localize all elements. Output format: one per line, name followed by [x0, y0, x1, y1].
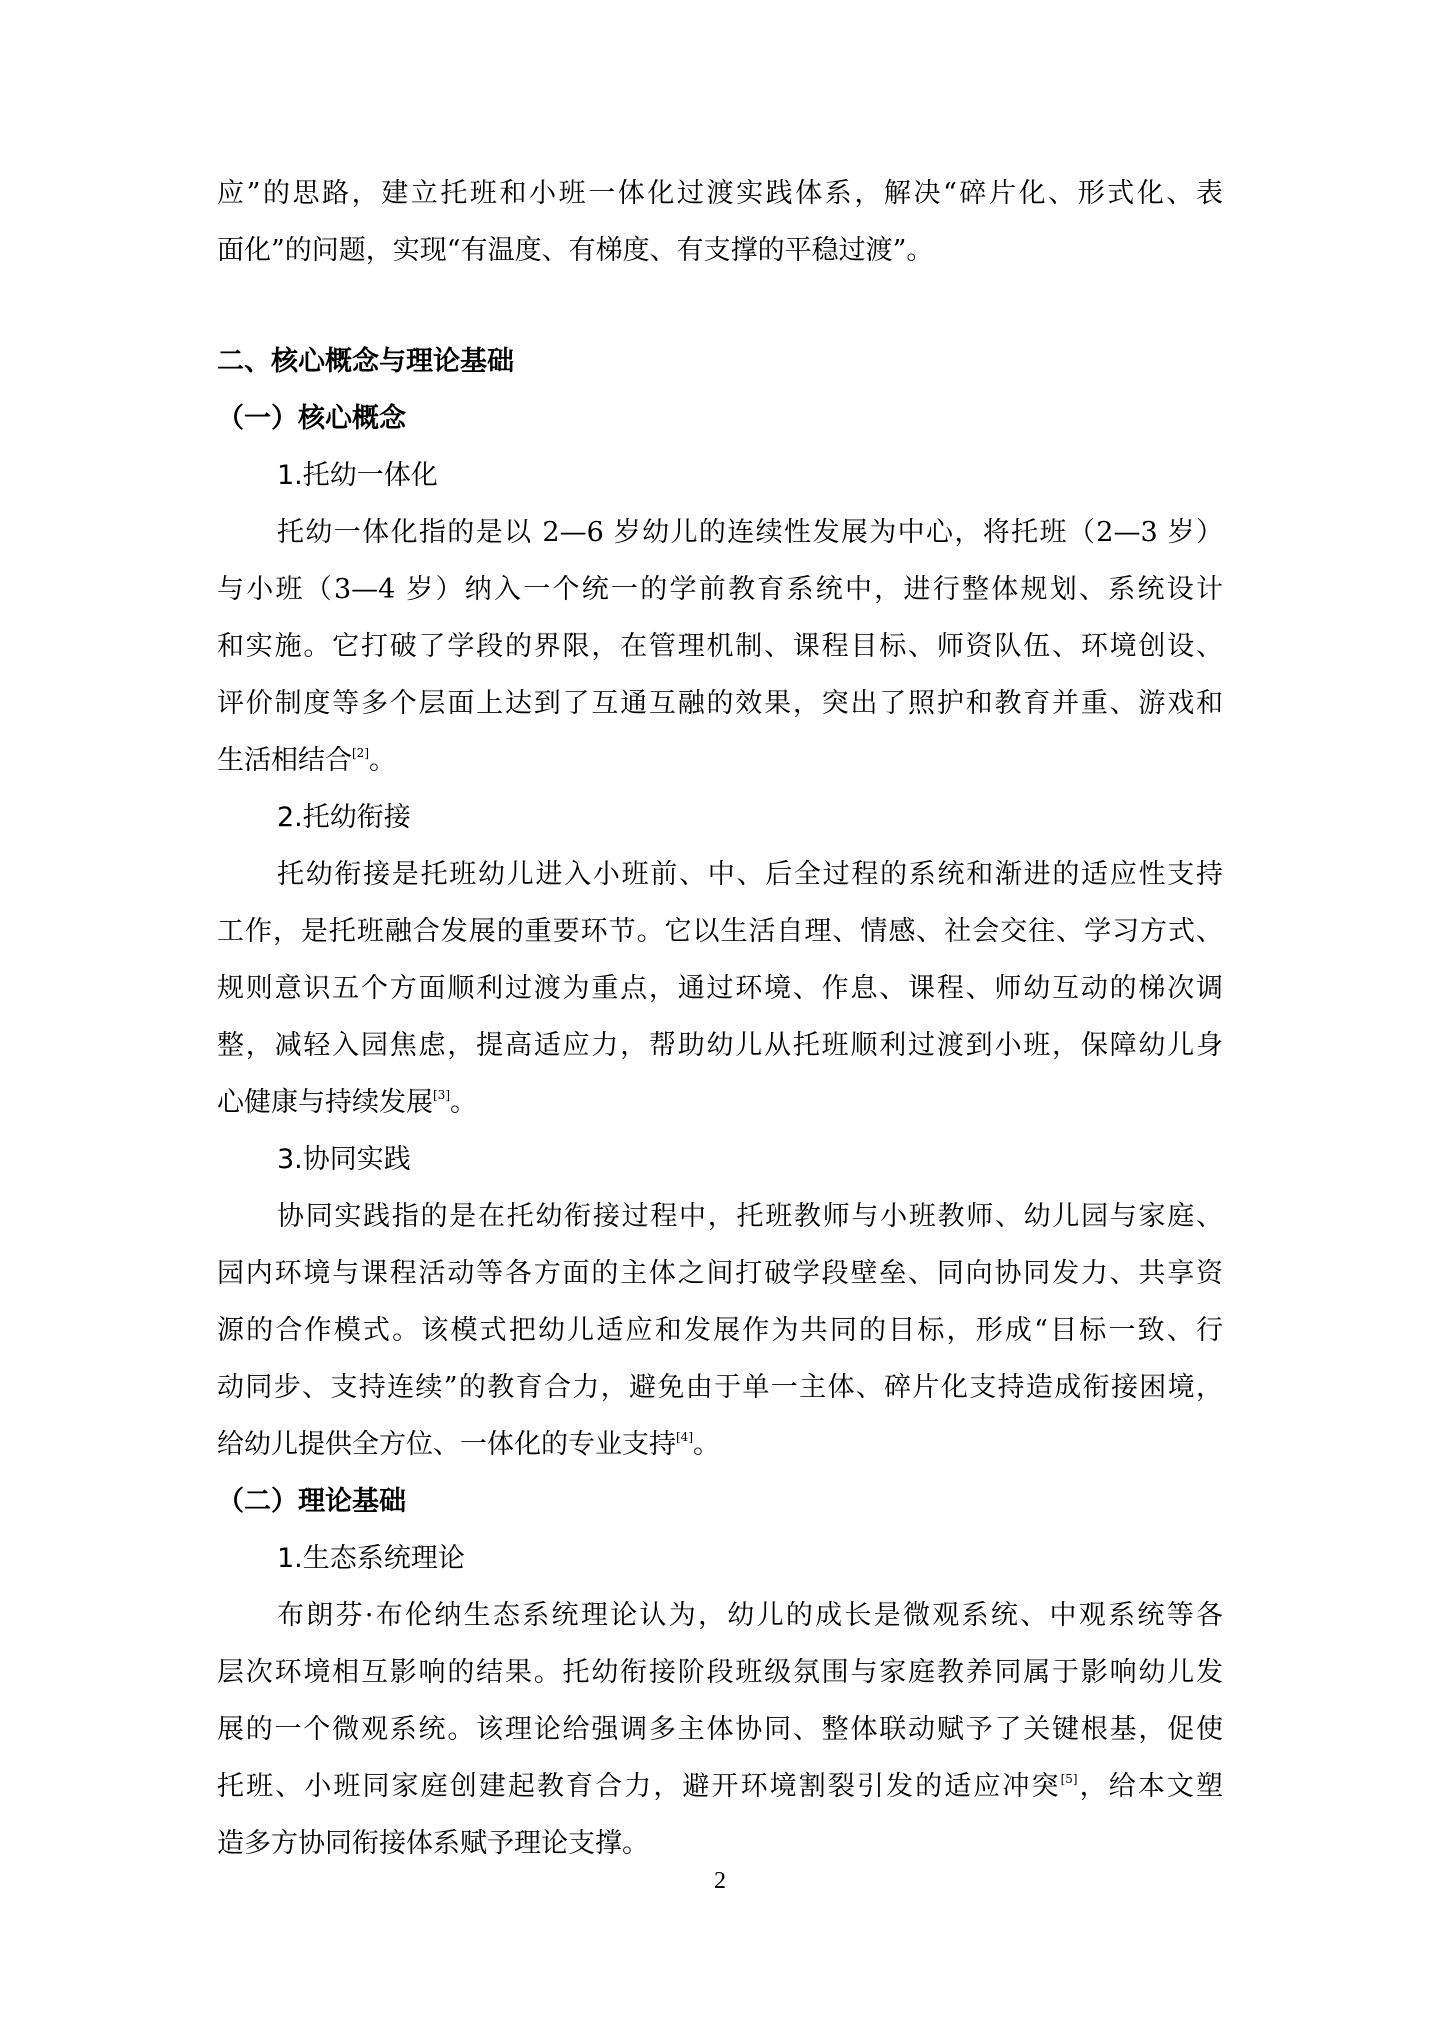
paragraph-line: 与小班（3—4 岁）纳入一个统一的学前教育系统中，进行整体规划、系统设计 [217, 561, 1223, 618]
spacer [217, 279, 1223, 333]
item-heading: 3.协同实践 [217, 1131, 1223, 1188]
paragraph-line: 整，减轻入园焦虑，提高适应力，帮助幼儿从托班顺利过渡到小班，保障幼儿身 [217, 1017, 1223, 1074]
section-heading: 二、核心概念与理论基础 [217, 333, 1223, 390]
subsection-heading: （一）核心概念 [217, 390, 1223, 447]
line-end: 。 [450, 1087, 477, 1118]
line-end: 。 [369, 745, 396, 776]
subsection-heading: （二）理论基础 [217, 1473, 1223, 1530]
paragraph-line: 工作，是托班融合发展的重要环节。它以生活自理、情感、社会交往、学习方式、 [217, 903, 1223, 960]
paragraph-line: 托班、小班同家庭创建起教育合力，避开环境割裂引发的适应冲突[5]，给本文塑 [217, 1758, 1223, 1815]
line-text: 给幼儿提供全方位、一体化的专业支持 [217, 1429, 676, 1460]
line-text: 托班、小班同家庭创建起教育合力，避开环境割裂引发的适应冲突 [217, 1771, 1061, 1802]
paragraph-line: 生活相结合[2]。 [217, 732, 1223, 789]
line-end: 。 [693, 1429, 720, 1460]
item-heading: 1.托幼一体化 [217, 447, 1223, 504]
citation-link[interactable]: [5] [1061, 1772, 1078, 1786]
paragraph-line: 园内环境与课程活动等各方面的主体之间打破学段壁垒、同向协同发力、共享资 [217, 1245, 1223, 1302]
paragraph-line: 评价制度等多个层面上达到了互通互融的效果，突出了照护和教育并重、游戏和 [217, 675, 1223, 732]
line-text: 生活相结合 [217, 745, 352, 776]
paragraph-line: 和实施。它打破了学段的界限，在管理机制、课程目标、师资队伍、环境创设、 [217, 618, 1223, 675]
paragraph-line: 面化”的问题，实现“有温度、有梯度、有支撑的平稳过渡”。 [217, 222, 1223, 279]
item-heading: 1.生态系统理论 [217, 1530, 1223, 1587]
item-heading: 2.托幼衔接 [217, 789, 1223, 846]
paragraph-line: 动同步、支持连续”的教育合力，避免由于单一主体、碎片化支持造成衔接困境， [217, 1359, 1223, 1416]
line-text: ，给本文塑 [1078, 1771, 1223, 1802]
document-page: 应”的思路，建立托班和小班一体化过渡实践体系，解决“碎片化、形式化、表 面化”的… [217, 165, 1223, 1872]
paragraph-line: 源的合作模式。该模式把幼儿适应和发展作为共同的目标，形成“目标一致、行 [217, 1302, 1223, 1359]
citation-link[interactable]: [2] [352, 746, 369, 760]
paragraph-line: 给幼儿提供全方位、一体化的专业支持[4]。 [217, 1416, 1223, 1473]
paragraph-line: 布朗芬·布伦纳生态系统理论认为，幼儿的成长是微观系统、中观系统等各 [217, 1587, 1223, 1644]
paragraph-line: 层次环境相互影响的结果。托幼衔接阶段班级氛围与家庭教养同属于影响幼儿发 [217, 1644, 1223, 1701]
paragraph-line: 协同实践指的是在托幼衔接过程中，托班教师与小班教师、幼儿园与家庭、 [217, 1188, 1223, 1245]
citation-link[interactable]: [3] [433, 1088, 450, 1102]
paragraph-line: 心健康与持续发展[3]。 [217, 1074, 1223, 1131]
paragraph-line: 规则意识五个方面顺利过渡为重点，通过环境、作息、课程、师幼互动的梯次调 [217, 960, 1223, 1017]
paragraph-line: 造多方协同衔接体系赋予理论支撑。 [217, 1815, 1223, 1872]
paragraph-line: 应”的思路，建立托班和小班一体化过渡实践体系，解决“碎片化、形式化、表 [217, 165, 1223, 222]
citation-link[interactable]: [4] [676, 1430, 693, 1444]
line-text: 心健康与持续发展 [217, 1087, 433, 1118]
paragraph-line: 展的一个微观系统。该理论给强调多主体协同、整体联动赋予了关键根基，促使 [217, 1701, 1223, 1758]
page-number: 2 [0, 1868, 1440, 1895]
paragraph-line: 托幼一体化指的是以 2—6 岁幼儿的连续性发展为中心，将托班（2—3 岁） [217, 504, 1223, 561]
paragraph-line: 托幼衔接是托班幼儿进入小班前、中、后全过程的系统和渐进的适应性支持 [217, 846, 1223, 903]
